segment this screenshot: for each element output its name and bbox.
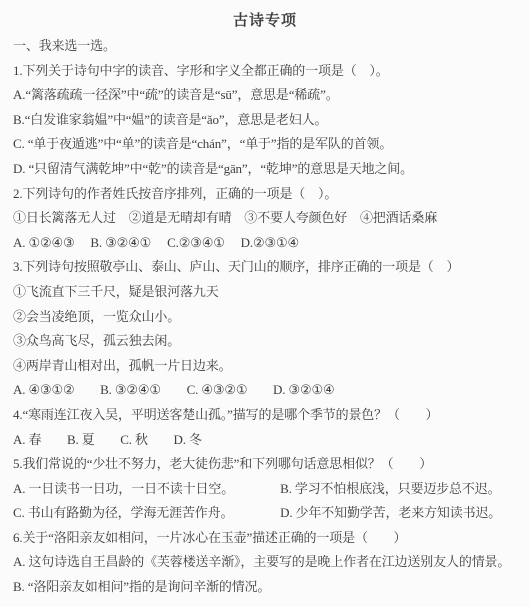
option-line: C. “单于夜遁逃”中“单”的读音是“chán”，“单于”指的是军队的首领。	[13, 132, 517, 157]
poem-line: ②会当凌绝顶，一览众山小。	[13, 305, 517, 330]
option-line: D. 少年不知勤学苦，老来方知读书迟。	[280, 501, 517, 526]
option-line: B. “洛阳亲友如相问”指的是询问辛渐的情况。	[13, 575, 517, 600]
option-line: A.“篱落疏疏一径深”中“疏”的读音是“sū”，意思是“稀疏”。	[13, 83, 517, 108]
question-stem: 3.下列诗句按照敬亭山、泰山、庐山、天门山的顺序，排序正确的一项是（ ）	[13, 255, 517, 280]
poem-line: ③众鸟高飞尽，孤云独去闲。	[13, 329, 517, 354]
option-line: C. 书山有路勤为径，学海无涯苦作舟。	[13, 501, 280, 526]
question-stem: 5.我们常说的“少壮不努力，老大徒伤悲”和下列哪句话意思相似？（ ）	[13, 452, 517, 477]
worksheet-page: 古诗专项 一、我来选一选。 1.下列关于诗句中字的读音、字形和字义全都正确的一项…	[0, 0, 529, 600]
choices-row: A. ①②④③ B. ③②④① C.②③④① D.②③①④	[13, 231, 517, 256]
section-heading: 一、我来选一选。	[13, 34, 517, 59]
question-2: 2.下列诗句的作者姓氏按音序排列，正确的一项是（ ）。①日长篱落无人过 ②道是无…	[13, 182, 517, 256]
option-line: A. 一日读书一日功，一日不读十日空。	[13, 477, 280, 502]
options-two-column-row: C. 书山有路勤为径，学海无涯苦作舟。D. 少年不知勤学苦，老来方知读书迟。	[13, 501, 517, 526]
question-stem: 4.“寒雨连江夜入吴，平明送客楚山孤。”描写的是哪个季节的景色？（ ）	[13, 403, 517, 428]
question-1: 1.下列关于诗句中字的读音、字形和字义全都正确的一项是（ ）。A.“篱落疏疏一径…	[13, 59, 517, 182]
options-two-column-row: A. 一日读书一日功，一日不读十日空。B. 学习不怕根底浅，只要迈步总不迟。	[13, 477, 517, 502]
option-line: B. 学习不怕根底浅，只要迈步总不迟。	[280, 477, 517, 502]
question-6: 6.关于“洛阳亲友如相问，一片冰心在玉壶”描述正确的一项是（ ）A. 这句诗选自…	[13, 526, 517, 600]
questions: 1.下列关于诗句中字的读音、字形和字义全都正确的一项是（ ）。A.“篱落疏疏一径…	[13, 59, 517, 600]
option-line: D. “只留清气满乾坤”中“乾”的读音是“gān”，“乾坤”的意思是天地之间。	[13, 157, 517, 182]
poem-line: ④两岸青山相对出，孤帆一片日边来。	[13, 354, 517, 379]
question-4: 4.“寒雨连江夜入吴，平明送客楚山孤。”描写的是哪个季节的景色？（ ）A. 春 …	[13, 403, 517, 452]
poem-line: ①飞流直下三千尺，疑是银河落九天	[13, 280, 517, 305]
question-stem: 1.下列关于诗句中字的读音、字形和字义全都正确的一项是（ ）。	[13, 59, 517, 84]
option-line: A. 这句诗选自王昌龄的《芙蓉楼送辛渐》，主要写的是晚上作者在江边送别友人的情景…	[13, 550, 517, 575]
choices-row: A. 春 B. 夏 C. 秋 D. 冬	[13, 428, 517, 453]
numbered-items-line: ①日长篱落无人过 ②道是无晴却有晴 ③不要人夸颜色好 ④把酒话桑麻	[13, 206, 517, 231]
choices-row: A. ④③①② B. ③②④① C. ④③②① D. ③②①④	[13, 378, 517, 403]
option-line: B.“白发谁家翁媪”中“媪”的读音是“ǎo”，意思是老妇人。	[13, 108, 517, 133]
page-title: 古诗专项	[13, 8, 517, 34]
question-5: 5.我们常说的“少壮不努力，老大徒伤悲”和下列哪句话意思相似？（ ）A. 一日读…	[13, 452, 517, 526]
question-stem: 2.下列诗句的作者姓氏按音序排列，正确的一项是（ ）。	[13, 182, 517, 207]
question-stem: 6.关于“洛阳亲友如相问，一片冰心在玉壶”描述正确的一项是（ ）	[13, 526, 517, 551]
question-3: 3.下列诗句按照敬亭山、泰山、庐山、天门山的顺序，排序正确的一项是（ ）①飞流直…	[13, 255, 517, 403]
